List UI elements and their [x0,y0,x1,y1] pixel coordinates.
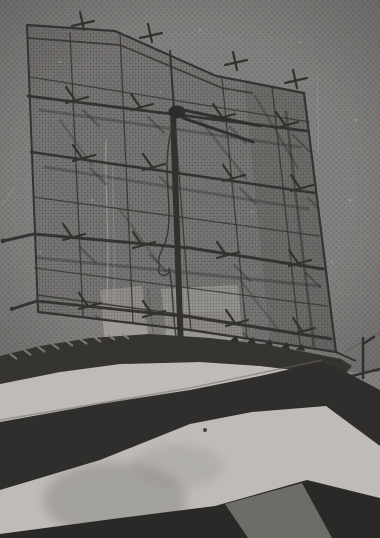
photo-canvas: Wire-mesh panel antenna array on a rooft… [0,0,380,538]
rooftop-antenna-photo: Wire-mesh panel antenna array on a rooft… [0,0,380,538]
halftone-grain [0,0,380,538]
